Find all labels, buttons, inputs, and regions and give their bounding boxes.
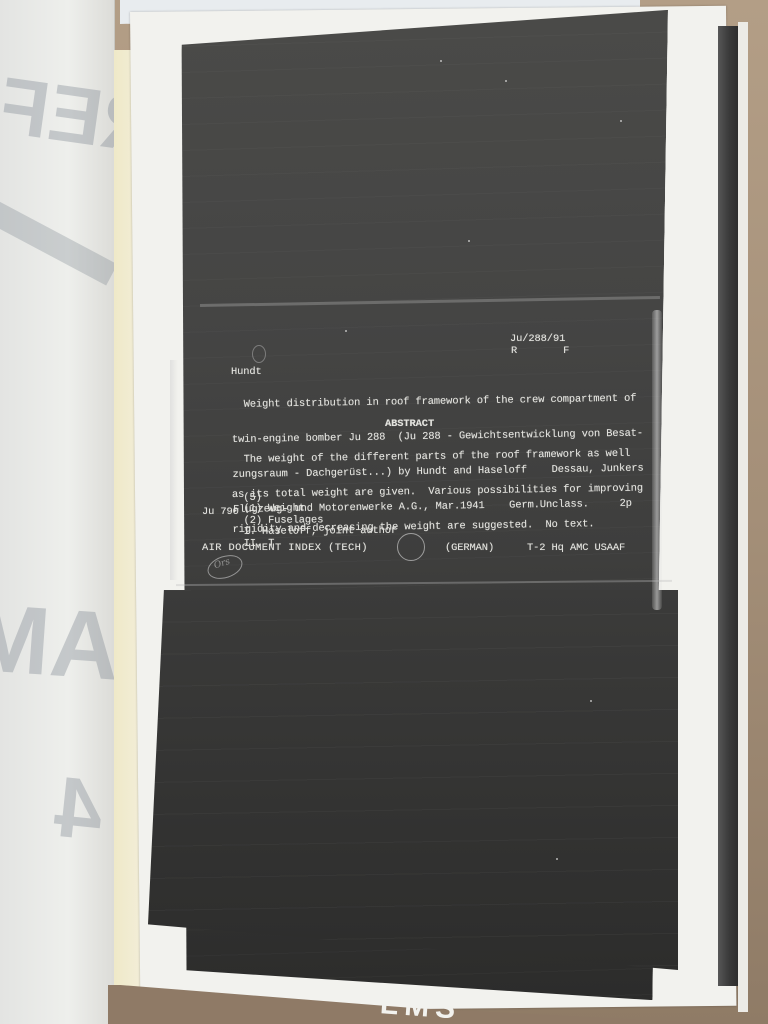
photostat-negative-lower <box>148 590 678 970</box>
ghost-bar <box>0 199 115 286</box>
subject-1: (1) Weight <box>243 503 304 515</box>
subject-count: (5) <box>243 491 261 503</box>
ghost-text-2: RAM <box>0 583 115 708</box>
flag-r: R <box>511 345 517 357</box>
punch-hole-icon <box>397 533 425 561</box>
underlying-paper-edge <box>738 22 748 1012</box>
bottom-letters: LMS <box>379 987 463 1024</box>
call-number: Ju/288/91 <box>510 334 565 346</box>
ghost-text-3: 4 <box>50 758 108 861</box>
ghost-text-1: REF <box>0 59 115 172</box>
call-flags: RF <box>511 346 569 358</box>
pencil-circle-mark <box>252 345 266 363</box>
underlying-page-edge <box>718 26 740 986</box>
flag-f: F <box>563 345 569 357</box>
card-right-edge <box>652 310 662 610</box>
organization: T-2 Hq AMC USAAF <box>527 543 625 555</box>
index-name: AIR DOCUMENT INDEX (TECH) <box>202 543 397 555</box>
card-left-edge <box>170 360 178 580</box>
card-footer: AIR DOCUMENT INDEX (TECH) (GERMAN) T-2 H… <box>202 537 625 561</box>
language: (GERMAN) <box>445 543 527 555</box>
reference-code: Ju 790 <box>202 507 239 519</box>
left-page: REF RAM 4 <box>0 0 115 1024</box>
abstract-line: The weight of the different parts of the… <box>231 449 642 467</box>
title-line: Weight distribution in roof framework of… <box>231 394 642 412</box>
